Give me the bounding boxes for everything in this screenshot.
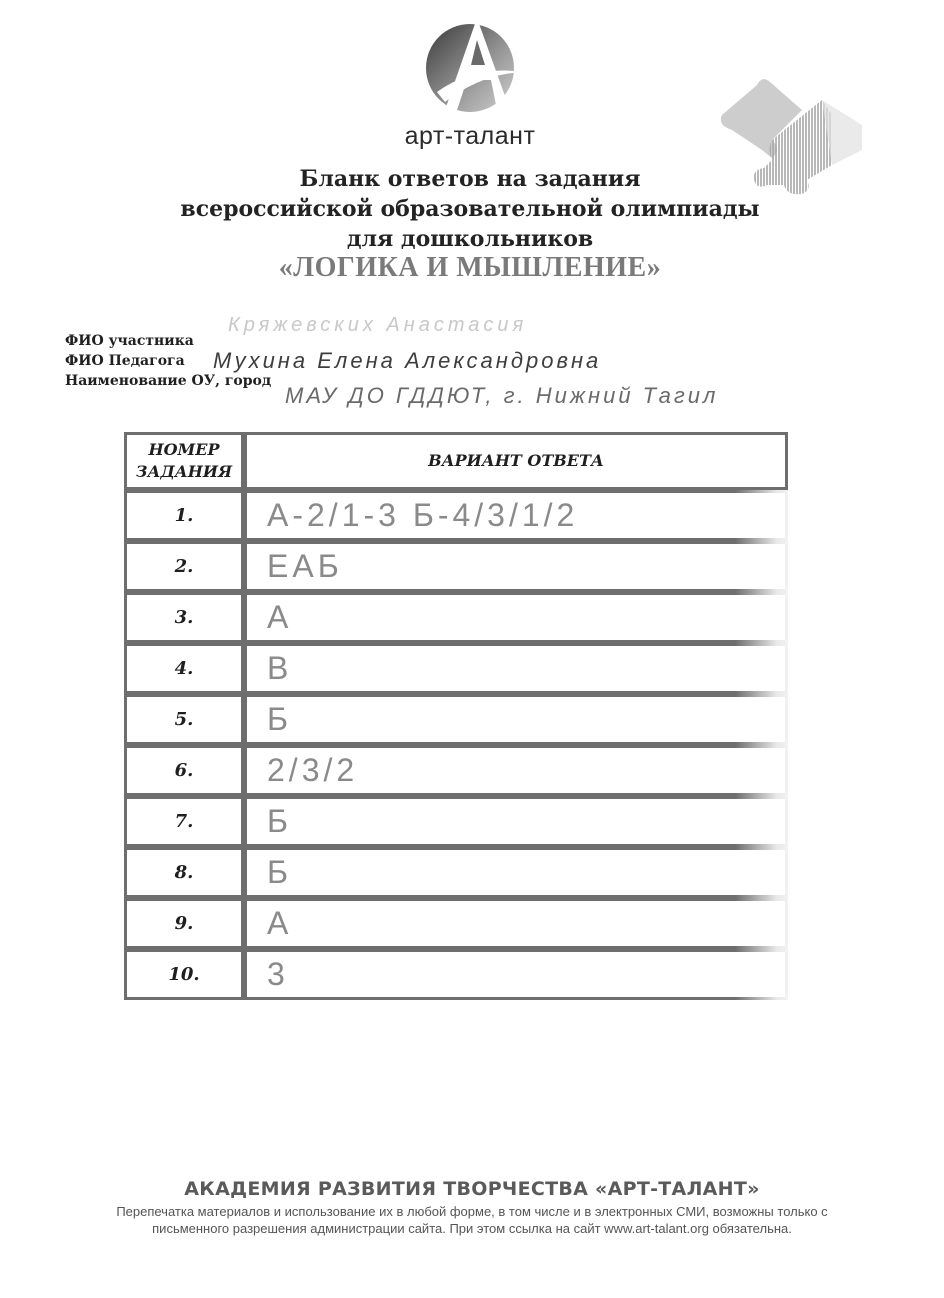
footer-academy-title: АКАДЕМИЯ РАЗВИТИЯ ТВОРЧЕСТВА «АРТ-ТАЛАНТ…	[100, 1178, 844, 1200]
header-task-number: НОМЕР ЗАДАНИЯ	[124, 432, 244, 490]
header-answer-variant: ВАРИАНТ ОТВЕТА	[244, 432, 788, 490]
school-label: Наименование ОУ, город	[65, 373, 271, 389]
task-number: 2.	[124, 541, 244, 592]
answer-field[interactable]: В	[244, 643, 788, 694]
logo-text: арт-талант	[360, 122, 580, 151]
table-row: 3.А	[124, 592, 788, 643]
teacher-name-field[interactable]: Мухина Елена Александровна	[213, 348, 601, 374]
art-talant-logo-icon	[415, 10, 525, 120]
participant-name-field[interactable]: Кряжевских Анастасия	[228, 314, 527, 337]
answer-field[interactable]: Б	[244, 694, 788, 745]
answer-field[interactable]: ЕАБ	[244, 541, 788, 592]
table-header-row: НОМЕР ЗАДАНИЯ ВАРИАНТ ОТВЕТА	[124, 432, 788, 490]
table-row: 5.Б	[124, 694, 788, 745]
answer-field[interactable]: А	[244, 592, 788, 643]
answer-field[interactable]: А-2/1-3 Б-4/3/1/2	[244, 490, 788, 541]
task-number: 6.	[124, 745, 244, 796]
table-row: 10.3	[124, 949, 788, 1000]
answer-field[interactable]: Б	[244, 847, 788, 898]
task-number: 8.	[124, 847, 244, 898]
table-row: 4.В	[124, 643, 788, 694]
task-number: 4.	[124, 643, 244, 694]
answer-field[interactable]: 3	[244, 949, 788, 1000]
olympiad-name: «ЛОГИКА И МЫШЛЕНИЕ»	[120, 252, 820, 284]
task-number: 5.	[124, 694, 244, 745]
footer-copyright-line-2: письменного разрешения администрации сай…	[60, 1221, 884, 1236]
table-row: 7.Б	[124, 796, 788, 847]
task-number: 3.	[124, 592, 244, 643]
task-number: 7.	[124, 796, 244, 847]
school-city-field[interactable]: МАУ ДО ГДДЮТ, г. Нижний Тагил	[285, 383, 718, 409]
task-number: 10.	[124, 949, 244, 1000]
table-row: 6.2/3/2	[124, 745, 788, 796]
task-number: 1.	[124, 490, 244, 541]
header-task-number-line1: НОМЕР	[149, 440, 220, 459]
table-row: 8.Б	[124, 847, 788, 898]
teacher-label: ФИО Педагога	[65, 353, 185, 369]
participant-label: ФИО участника	[65, 333, 194, 349]
form-title-line-3: для дошкольников	[120, 226, 820, 252]
table-row: 9.А	[124, 898, 788, 949]
answer-table: НОМЕР ЗАДАНИЯ ВАРИАНТ ОТВЕТА 1.А-2/1-3 Б…	[124, 432, 788, 1000]
answer-field[interactable]: А	[244, 898, 788, 949]
footer-copyright-line-1: Перепечатка материалов и использование и…	[60, 1204, 884, 1219]
answer-field[interactable]: 2/3/2	[244, 745, 788, 796]
table-row: 2.ЕАБ	[124, 541, 788, 592]
form-title-line-1: Бланк ответов на задания	[120, 166, 820, 192]
table-row: 1.А-2/1-3 Б-4/3/1/2	[124, 490, 788, 541]
form-title-line-2: всероссийской образовательной олимпиады	[120, 196, 820, 222]
task-number: 9.	[124, 898, 244, 949]
header-task-number-line2: ЗАДАНИЯ	[136, 462, 232, 481]
answer-field[interactable]: Б	[244, 796, 788, 847]
